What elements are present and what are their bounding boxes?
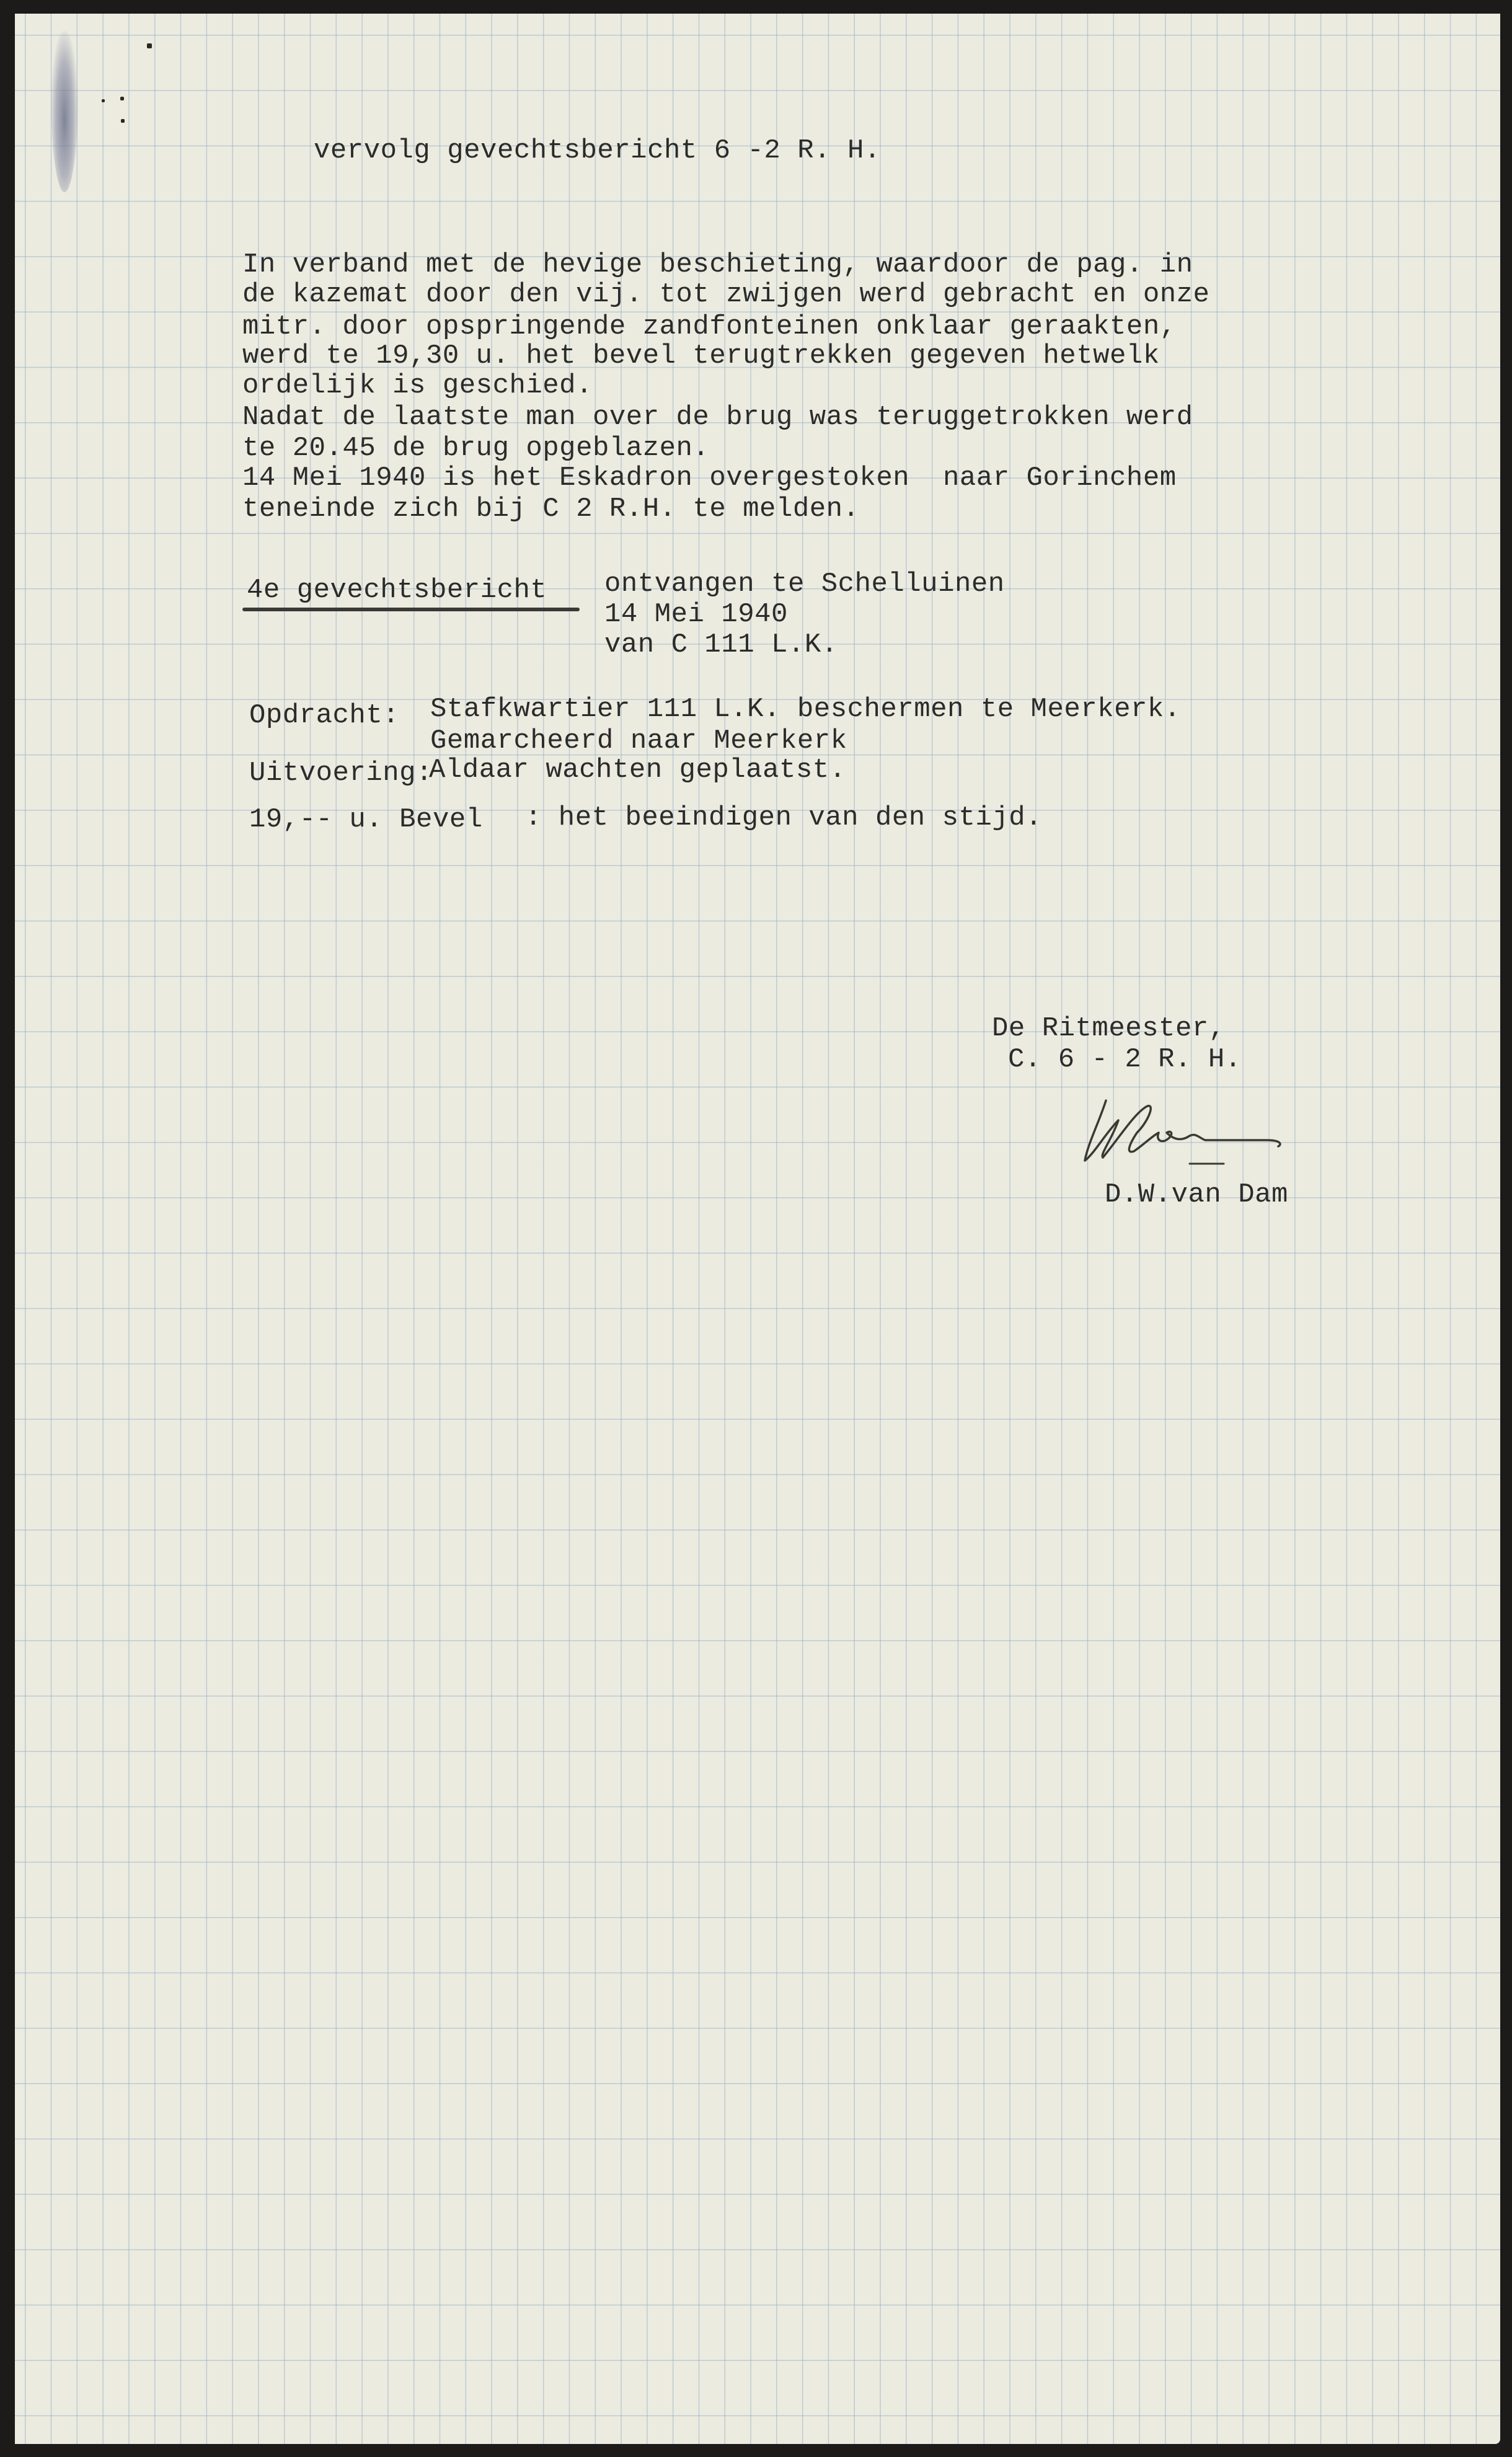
opdracht-line-1: Stafkwartier 111 L.K. beschermen te Meer… — [430, 694, 1181, 725]
report-4-received-2: 14 Mei 1940 — [604, 599, 788, 630]
paragraph-line: ordelijk is geschied. — [242, 370, 593, 401]
paragraph-line: mitr. door opspringende zandfonteinen on… — [242, 311, 1177, 342]
handwritten-signature-icon — [1081, 1096, 1304, 1176]
bevel-time: 19,-- u. Bevel — [249, 804, 483, 835]
report-4-title: 4e gevechtsbericht — [247, 575, 547, 606]
signature-name: D.W.van Dam — [1105, 1179, 1288, 1210]
document-heading: vervolg gevechtsbericht 6 -2 R. H. — [314, 135, 881, 166]
uitvoering-text: Aldaar wachten geplaatst. — [429, 755, 846, 786]
uitvoering-label: Uitvoering: — [249, 758, 433, 789]
signature-unit: C. 6 - 2 R. H. — [1008, 1044, 1242, 1075]
ink-speck — [121, 119, 125, 123]
ink-smear — [51, 31, 78, 192]
ink-speck — [147, 43, 152, 48]
report-4-received-3: van C 111 L.K. — [604, 629, 838, 660]
opdracht-label: Opdracht: — [249, 700, 399, 731]
paragraph-line: In verband met de hevige beschieting, wa… — [242, 249, 1193, 280]
title-underline — [242, 608, 580, 611]
paragraph-line: 14 Mei 1940 is het Eskadron overgestoken… — [242, 463, 1177, 494]
bevel-text: : het beeindigen van den stijd. — [525, 802, 1042, 833]
report-4-received-1: ontvangen te Schelluinen — [604, 569, 1005, 600]
paragraph-line: te 20.45 de brug opgeblazen. — [242, 433, 709, 464]
ink-speck — [120, 97, 124, 100]
paragraph-line: de kazemat door den vij. tot zwijgen wer… — [242, 279, 1209, 310]
signature-rank: De Ritmeester, — [992, 1013, 1226, 1044]
paragraph-line: Nadat de laatste man over de brug was te… — [242, 402, 1193, 433]
paragraph-line: werd te 19,30 u. het bevel terugtrekken … — [242, 340, 1160, 371]
ink-speck — [102, 99, 105, 102]
opdracht-line-2: Gemarcheerd naar Meerkerk — [430, 725, 847, 756]
document-page: vervolg gevechtsbericht 6 -2 R. H. In ve… — [15, 14, 1500, 2444]
paragraph-line: teneinde zich bij C 2 R.H. te melden. — [242, 494, 859, 525]
